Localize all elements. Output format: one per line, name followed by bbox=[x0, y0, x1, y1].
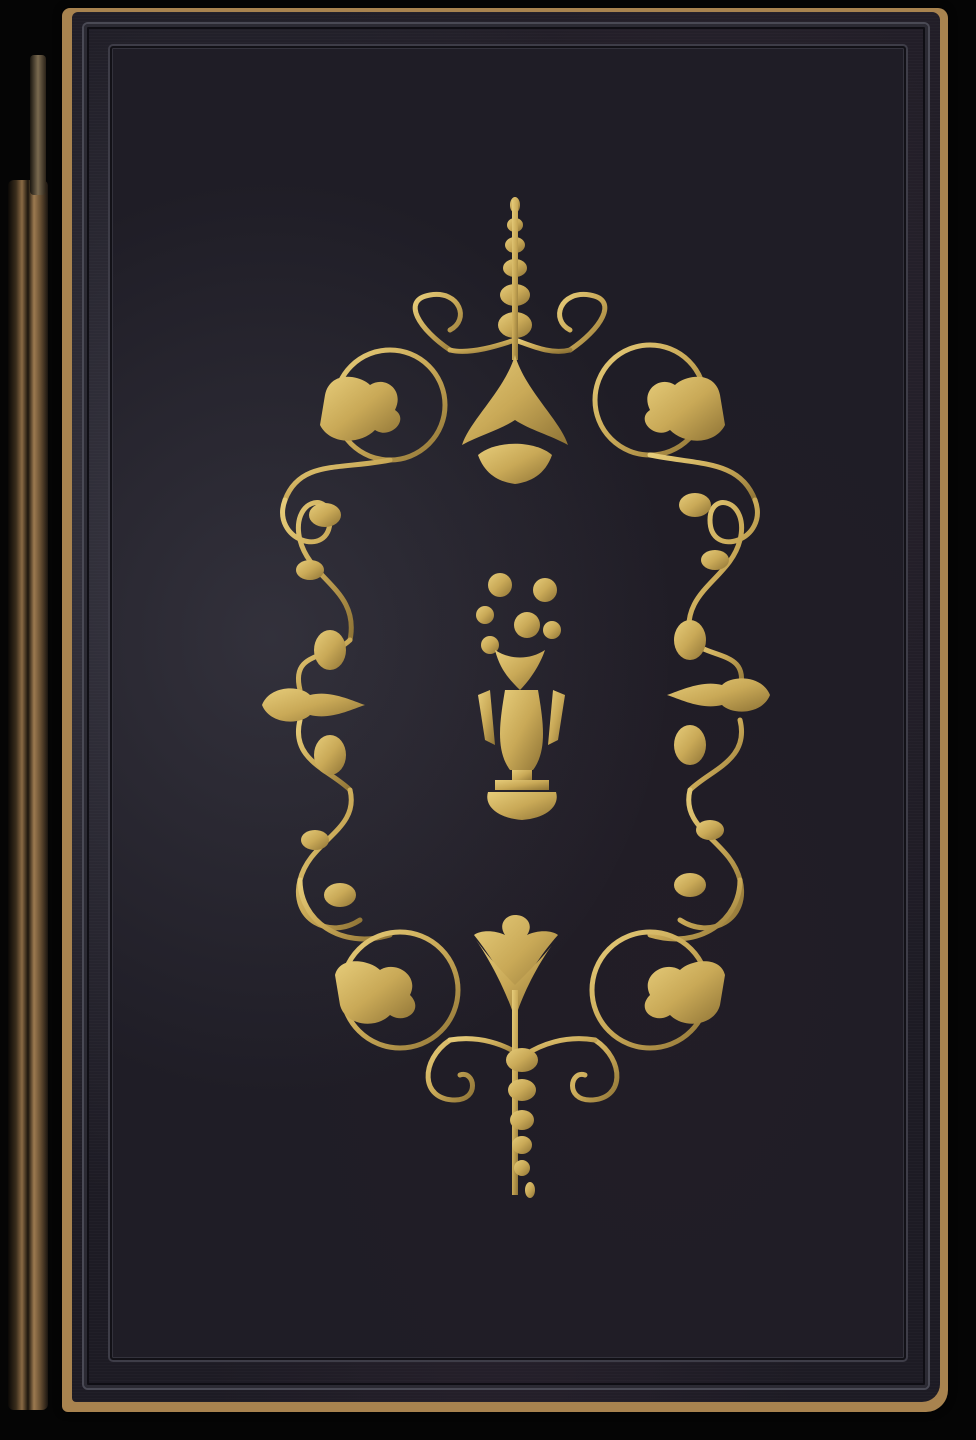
flower-vase-icon bbox=[476, 573, 565, 820]
top-finial-icon bbox=[462, 197, 568, 484]
gilt-ornament-icon bbox=[0, 0, 976, 1440]
bottom-finial-icon bbox=[474, 915, 558, 1198]
